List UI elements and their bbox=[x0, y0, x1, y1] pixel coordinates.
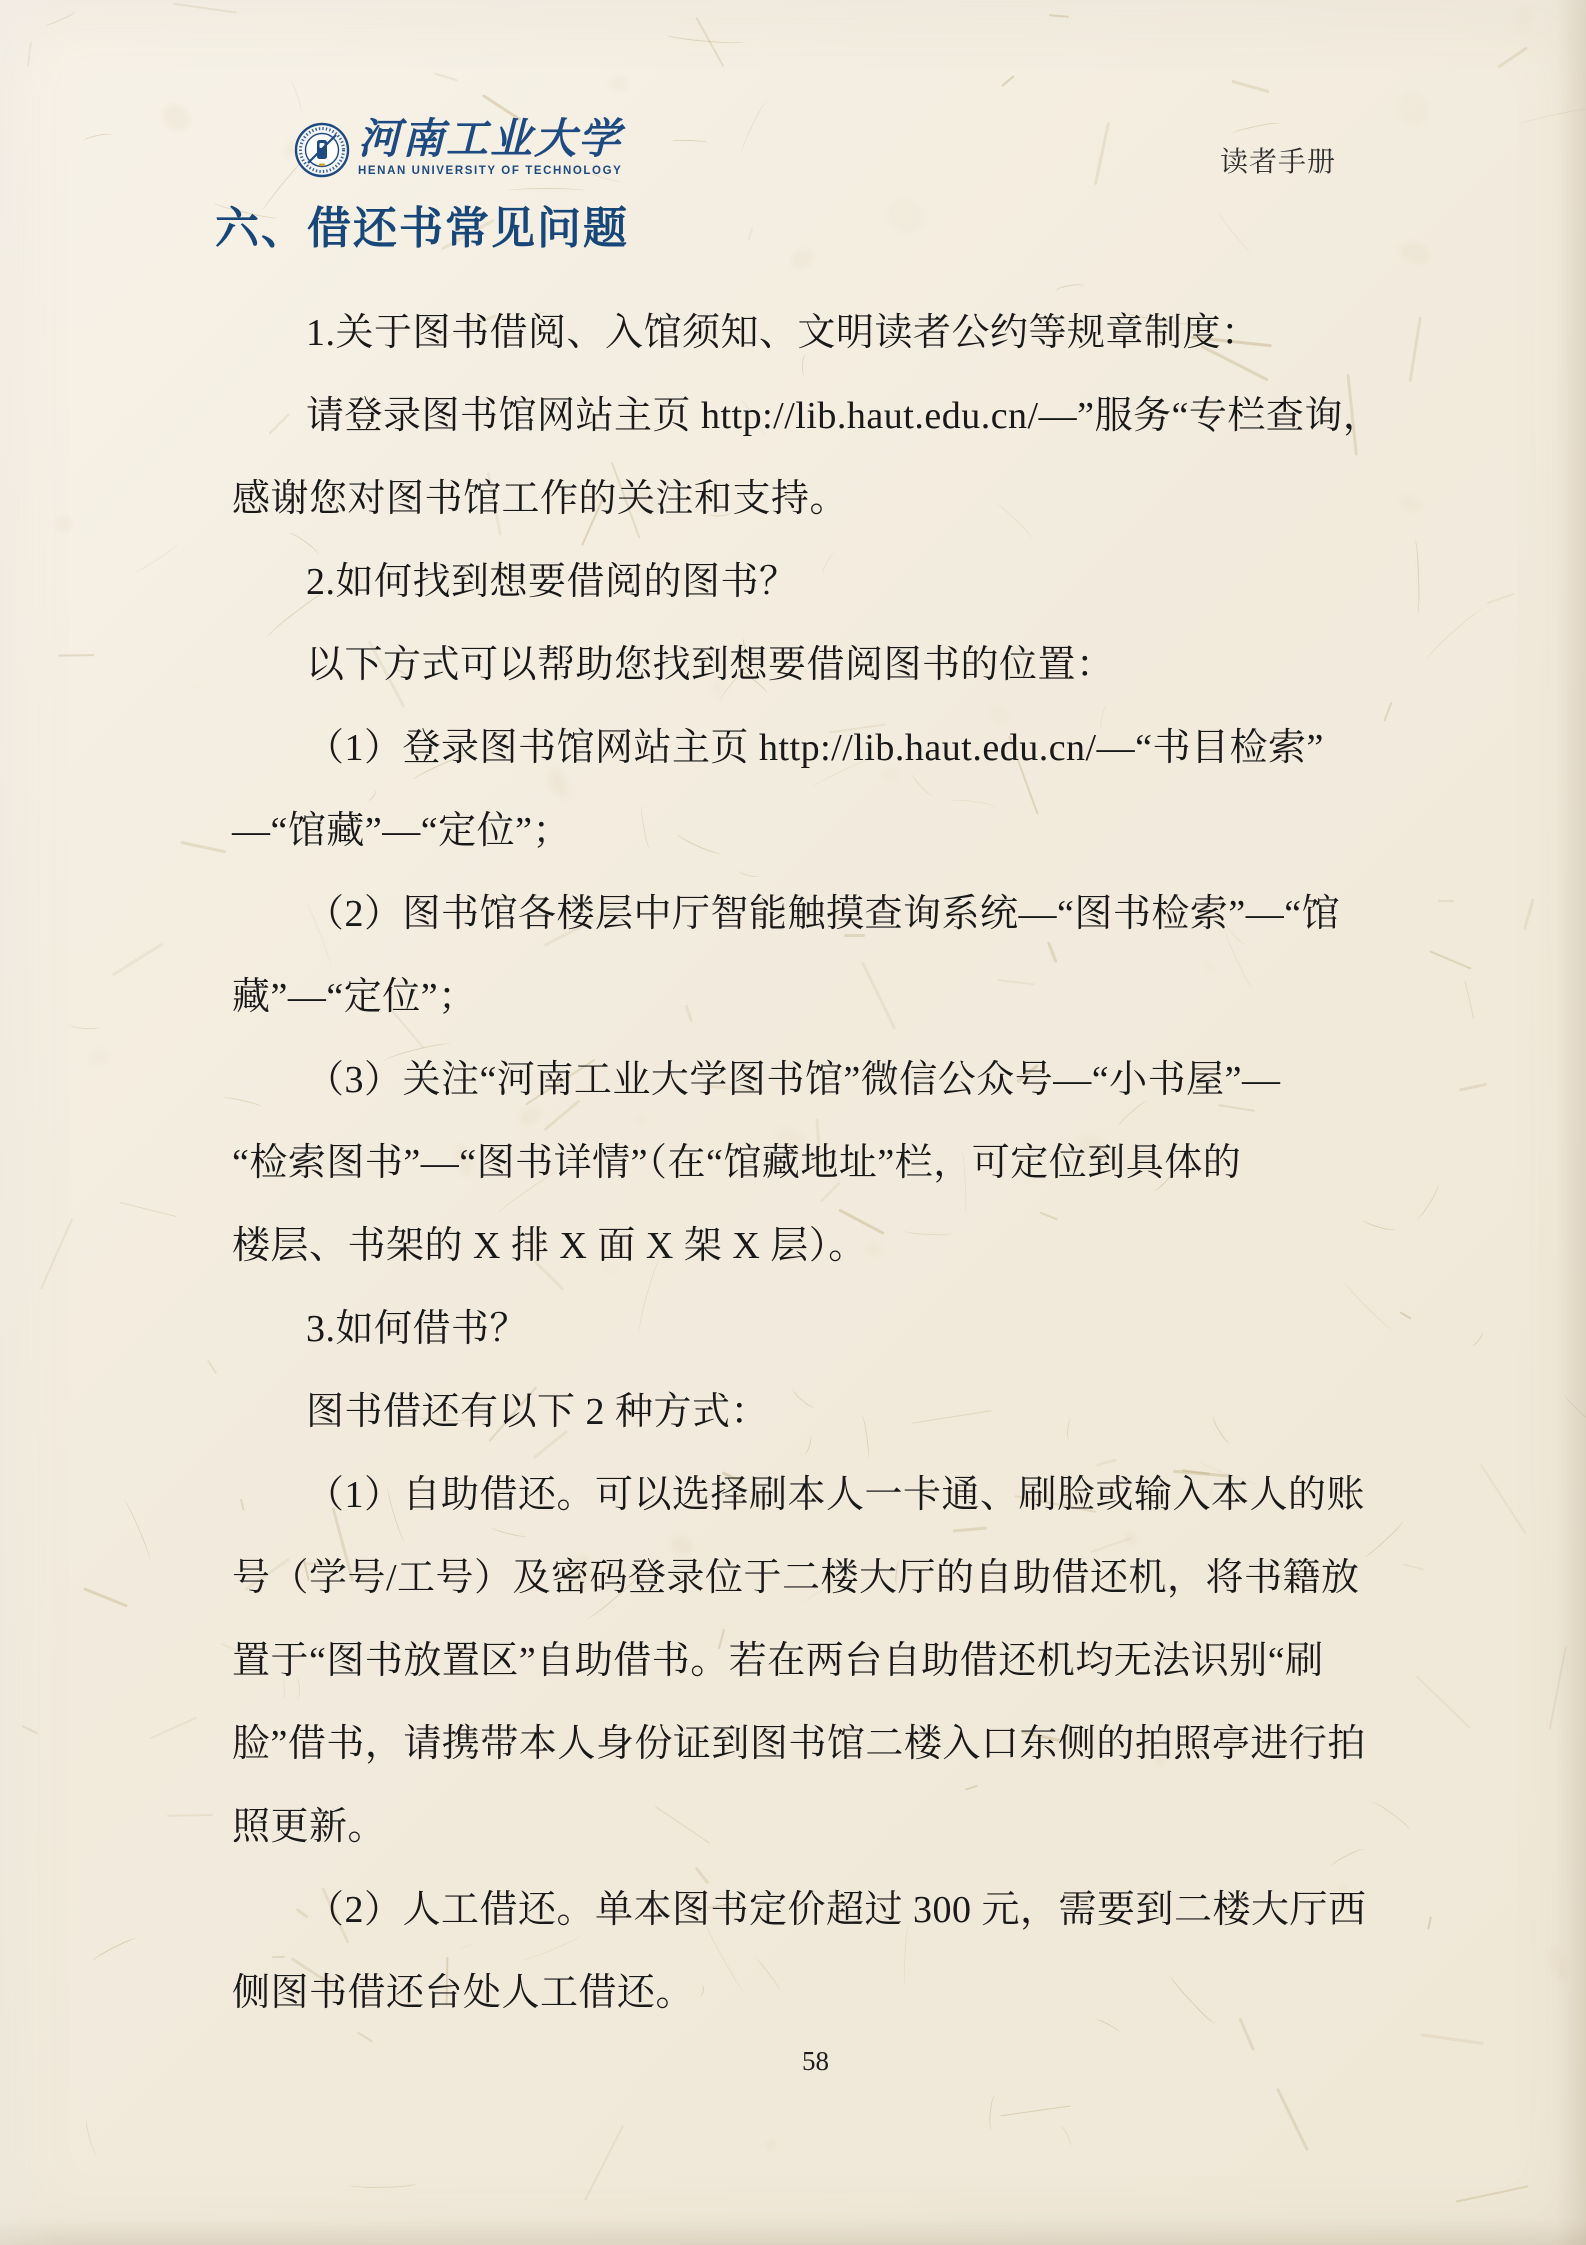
body-line: （1）自助借还。可以选择刷本人一卡通、刷脸或输入本人的账 bbox=[232, 1454, 1412, 1537]
body-line: 以下方式可以帮助您找到想要借阅图书的位置： bbox=[232, 624, 1412, 707]
page-number: 58 bbox=[802, 2046, 829, 2076]
body-line: 置于“图书放置区”自助借书。若在两台自助借还机均无法识别“刷 bbox=[232, 1620, 1412, 1703]
body-line: 1.关于图书借阅、入馆须知、文明读者公约等规章制度： bbox=[232, 292, 1412, 375]
body-line: 脸”借书，请携带本人身份证到图书馆二楼入口东侧的拍照亭进行拍 bbox=[232, 1703, 1412, 1786]
body-line: 2.如何找到想要借阅的图书？ bbox=[232, 541, 1412, 624]
page-footer: 58 bbox=[802, 2046, 829, 2077]
university-name-en: HENAN UNIVERSITY OF TECHNOLOGY bbox=[358, 165, 622, 178]
body-line: （2）人工借还。单本图书定价超过 300 元，需要到二楼大厅西 bbox=[232, 1869, 1412, 1952]
section-heading: 六、借还书常见问题 bbox=[215, 204, 629, 254]
university-seal-icon bbox=[294, 122, 350, 178]
body-line: —“馆藏”—“定位”； bbox=[232, 790, 1412, 873]
body-line: （2）图书馆各楼层中厅智能触摸查询系统—“图书检索”—“馆 bbox=[232, 873, 1412, 956]
body-line: 感谢您对图书馆工作的关注和支持。 bbox=[232, 458, 1412, 541]
document-page: 河南工业大学 HENAN UNIVERSITY OF TECHNOLOGY 读者… bbox=[0, 0, 1586, 2245]
body-line: （1）登录图书馆网站主页 http://lib.haut.edu.cn/—“书目… bbox=[232, 707, 1412, 790]
body-line: 楼层、书架的 X 排 X 面 X 架 X 层）。 bbox=[232, 1205, 1412, 1288]
body-line: 照更新。 bbox=[232, 1786, 1412, 1869]
document-label: 读者手册 bbox=[1220, 146, 1336, 180]
body-line: 侧图书借还台处人工借还。 bbox=[232, 1952, 1412, 2035]
body-line: （3）关注“河南工业大学图书馆”微信公众号—“小书屋”— bbox=[232, 1039, 1412, 1122]
body-line: 请登录图书馆网站主页 http://lib.haut.edu.cn/—”服务“专… bbox=[232, 375, 1412, 458]
body-line: “检索图书”—“图书详情”（在“馆藏地址”栏，可定位到具体的 bbox=[232, 1122, 1412, 1205]
body-line: 图书借还有以下 2 种方式： bbox=[232, 1371, 1412, 1454]
university-logo-text: 河南工业大学 HENAN UNIVERSITY OF TECHNOLOGY bbox=[358, 116, 622, 178]
university-name-cn: 河南工业大学 bbox=[358, 116, 622, 164]
body-line: 号（学号/工号）及密码登录位于二楼大厅的自助借还机，将书籍放 bbox=[232, 1537, 1412, 1620]
body-text: 1.关于图书借阅、入馆须知、文明读者公约等规章制度：请登录图书馆网站主页 htt… bbox=[232, 292, 1412, 2035]
body-line: 3.如何借书？ bbox=[232, 1288, 1412, 1371]
body-line: 藏”—“定位”； bbox=[232, 956, 1412, 1039]
